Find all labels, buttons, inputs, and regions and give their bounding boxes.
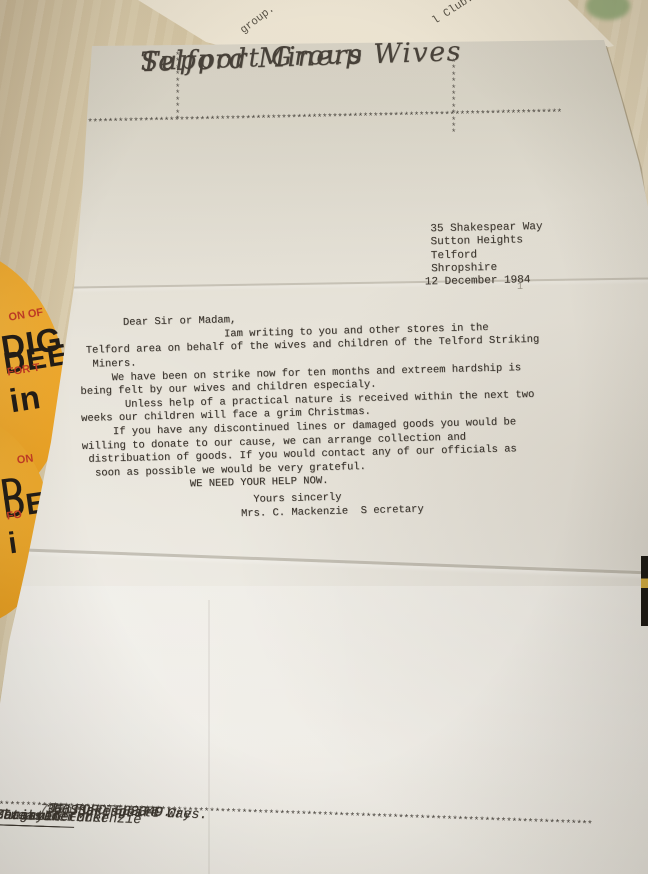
background-paper-text: group. — [238, 3, 277, 36]
letterhead-star-column-left: *********** — [175, 53, 183, 123]
sticker-text: ON — [16, 452, 34, 466]
photo-of-letter: group. l Club. ON OF DIG DEE FOR T in ON… — [0, 0, 648, 874]
sender-address-block: 35 Shakespear Way Sutton Heights Telford… — [423, 196, 465, 291]
letterhead-star-column-right: ************ — [451, 60, 459, 137]
fold-crease-vertical — [208, 600, 210, 874]
address-line: Sutton Heights — [424, 235, 523, 250]
letter-body: Dear Sir or Madam, Iam writing to you an… — [78, 290, 121, 522]
letter-paper: Telford Miners Wives Support Group *****… — [0, 0, 648, 874]
pencil-mark: 1 — [517, 283, 523, 293]
address-line: Telford — [424, 249, 477, 264]
body-line: Miners. — [80, 358, 137, 373]
background-paper-text: l Club. — [430, 0, 475, 28]
chairman-phone: TELFORD — [105, 804, 162, 822]
date-line: 12 December 1984 — [425, 275, 531, 291]
sticker-text: FO — [6, 509, 23, 523]
edge-object-sliver — [641, 556, 648, 626]
sticker-text: in — [7, 380, 43, 418]
